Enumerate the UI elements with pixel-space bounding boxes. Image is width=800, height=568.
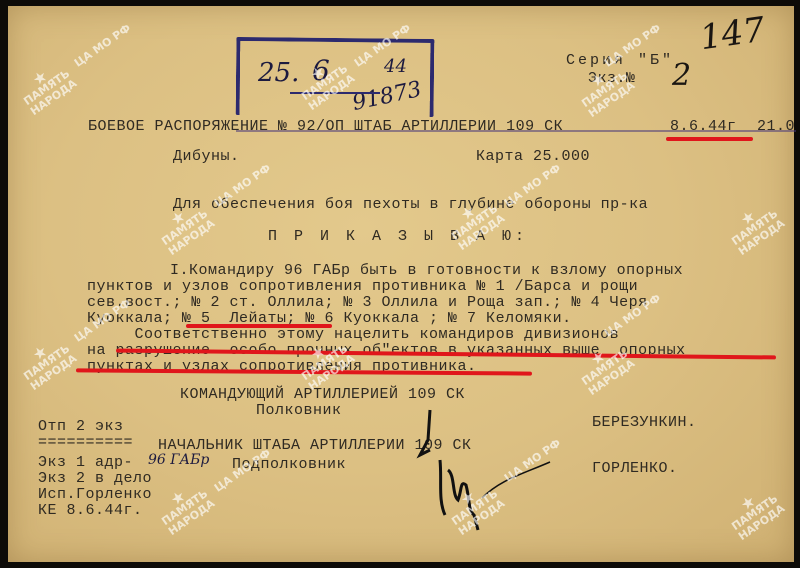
distribution-line: Экз 1 адр-	[38, 454, 133, 471]
distribution-divider: ==========	[38, 434, 133, 451]
distribution-line: Экз 2 в дело	[38, 470, 152, 487]
copy-number: 2	[672, 58, 691, 93]
date-highlight	[666, 137, 753, 141]
distribution-line: Исп.Горленко	[38, 486, 152, 503]
chief-name: ГОРЛЕНКО.	[592, 460, 678, 477]
distribution-line: Отп 2 экз	[38, 418, 124, 435]
place: Дибуны.	[173, 148, 240, 165]
commander-name: БЕРЕЗУНКИН.	[592, 414, 697, 431]
paragraph-line: сев.вост.; № 2 ст. Оллила; № 3 Оллила и …	[87, 294, 648, 311]
commander-rank: Полковник	[256, 402, 342, 419]
intro-text: Для обеспечения боя пехоты в глубине обо…	[173, 196, 648, 213]
paragraph-line: Соответственно этому нацелить командиров…	[87, 326, 619, 343]
distribution-line: КЕ 8.6.44г.	[38, 502, 143, 519]
document-time: 21.0	[757, 118, 795, 135]
highlight-underline	[186, 324, 332, 328]
distribution-handwritten: 96 ГАБр	[148, 452, 209, 468]
paragraph-line: пунктов и узлов сопротивления противника…	[87, 278, 638, 295]
document-title: БОЕВОЕ РАСПОРЯЖЕНИЕ № 92/ОП ШТАБ АРТИЛЛЕ…	[88, 118, 563, 135]
document-date: 8.6.44г	[670, 118, 737, 135]
paragraph-line: I.Командиру 96 ГАБр быть в готовности к …	[170, 262, 683, 279]
stamp-year: 44	[384, 56, 407, 77]
map-scale: Карта 25.000	[476, 148, 590, 165]
